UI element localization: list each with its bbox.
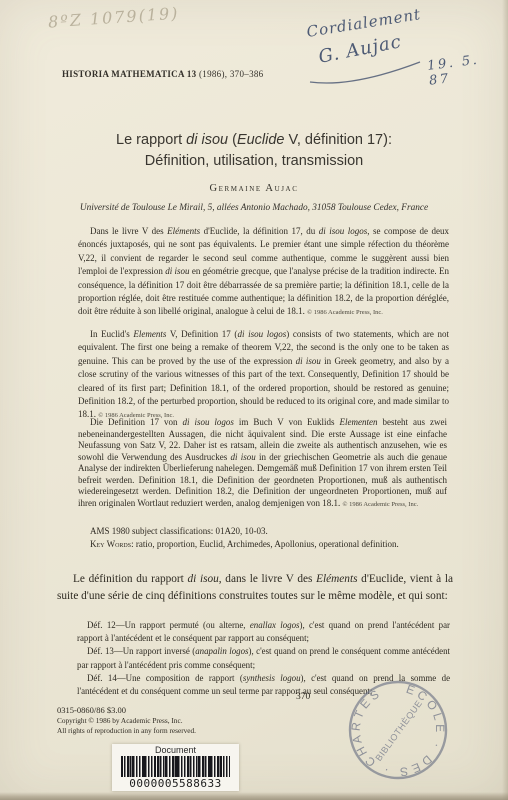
article-title-line2: Définition, utilisation, transmission xyxy=(0,151,508,172)
page-number: 370 xyxy=(296,692,310,702)
author-name: Germaine Aujac xyxy=(0,183,508,194)
abstract-german: Die Definition 17 von di isou logos im B… xyxy=(78,417,447,510)
definition-13: Déf. 13—Un rapport inversé (anapalin log… xyxy=(77,645,450,671)
journal-header: HISTORIA MATHEMATICA 13 (1986), 370–386 xyxy=(62,69,263,79)
signature-flourish xyxy=(306,56,426,88)
barcode-number: 0000005588633 xyxy=(112,777,239,790)
abstract-german-text: Die Definition 17 von di isou logos im B… xyxy=(78,417,447,510)
abstract-french: Dans le livre V des Eléments d'Euclide, … xyxy=(78,225,449,320)
article-title-line1: Le rapport di isou (Euclide V, définitio… xyxy=(0,130,508,151)
issn-price-line: 0315-0860/86 $3.00 xyxy=(57,705,196,716)
keywords-line: Key Words: ratio, proportion, Euclid, Ar… xyxy=(78,538,449,551)
author-affiliation: Université de Toulouse Le Mirail, 5, all… xyxy=(0,203,508,213)
library-stamp: ECOLE · DES · CHARTES BIBLIOTHÈQUE xyxy=(339,671,456,788)
intro-paragraph: Le définition du rapport di isou, dans l… xyxy=(57,571,453,604)
scan-bottom-edge xyxy=(0,792,508,800)
abstract-french-text: Dans le livre V des Eléments d'Euclide, … xyxy=(78,225,449,320)
article-title: Le rapport di isou (Euclide V, définitio… xyxy=(0,130,508,172)
barcode-title: Document xyxy=(112,745,239,755)
copyright-footer: 0315-0860/86 $3.00 Copyright © 1986 by A… xyxy=(57,705,196,736)
abstract-english: In Euclid's Elements V, Definition 17 (d… xyxy=(78,328,449,423)
barcode-bars xyxy=(121,756,230,777)
stamp-center-text: BIBLIOTHÈQUE xyxy=(373,698,424,763)
rights-line: All rights of reproduction in any form r… xyxy=(57,726,196,736)
barcode-label: Document 0000005588633 xyxy=(112,744,239,791)
scan-right-edge xyxy=(502,0,508,800)
copyright-line: Copyright © 1986 by Academic Press, Inc. xyxy=(57,716,196,726)
classification-block: AMS 1980 subject classifications: 01A20,… xyxy=(78,525,449,550)
ams-classifications: AMS 1980 subject classifications: 01A20,… xyxy=(78,525,449,538)
handwritten-dedication: Cordialement xyxy=(305,5,422,41)
intro-paragraph-text: Le définition du rapport di isou, dans l… xyxy=(57,571,453,604)
abstract-english-text: In Euclid's Elements V, Definition 17 (d… xyxy=(78,328,449,423)
handwritten-shelf-mark: 8ºZ 1079(19) xyxy=(47,3,179,31)
scanned-paper-page: 8ºZ 1079(19) Cordialement G. Aujac 19. 5… xyxy=(0,0,508,800)
handwritten-date: 19. 5. 87 xyxy=(426,49,508,89)
definition-12: Déf. 12—Un rapport permuté (ou alterne, … xyxy=(77,619,450,645)
